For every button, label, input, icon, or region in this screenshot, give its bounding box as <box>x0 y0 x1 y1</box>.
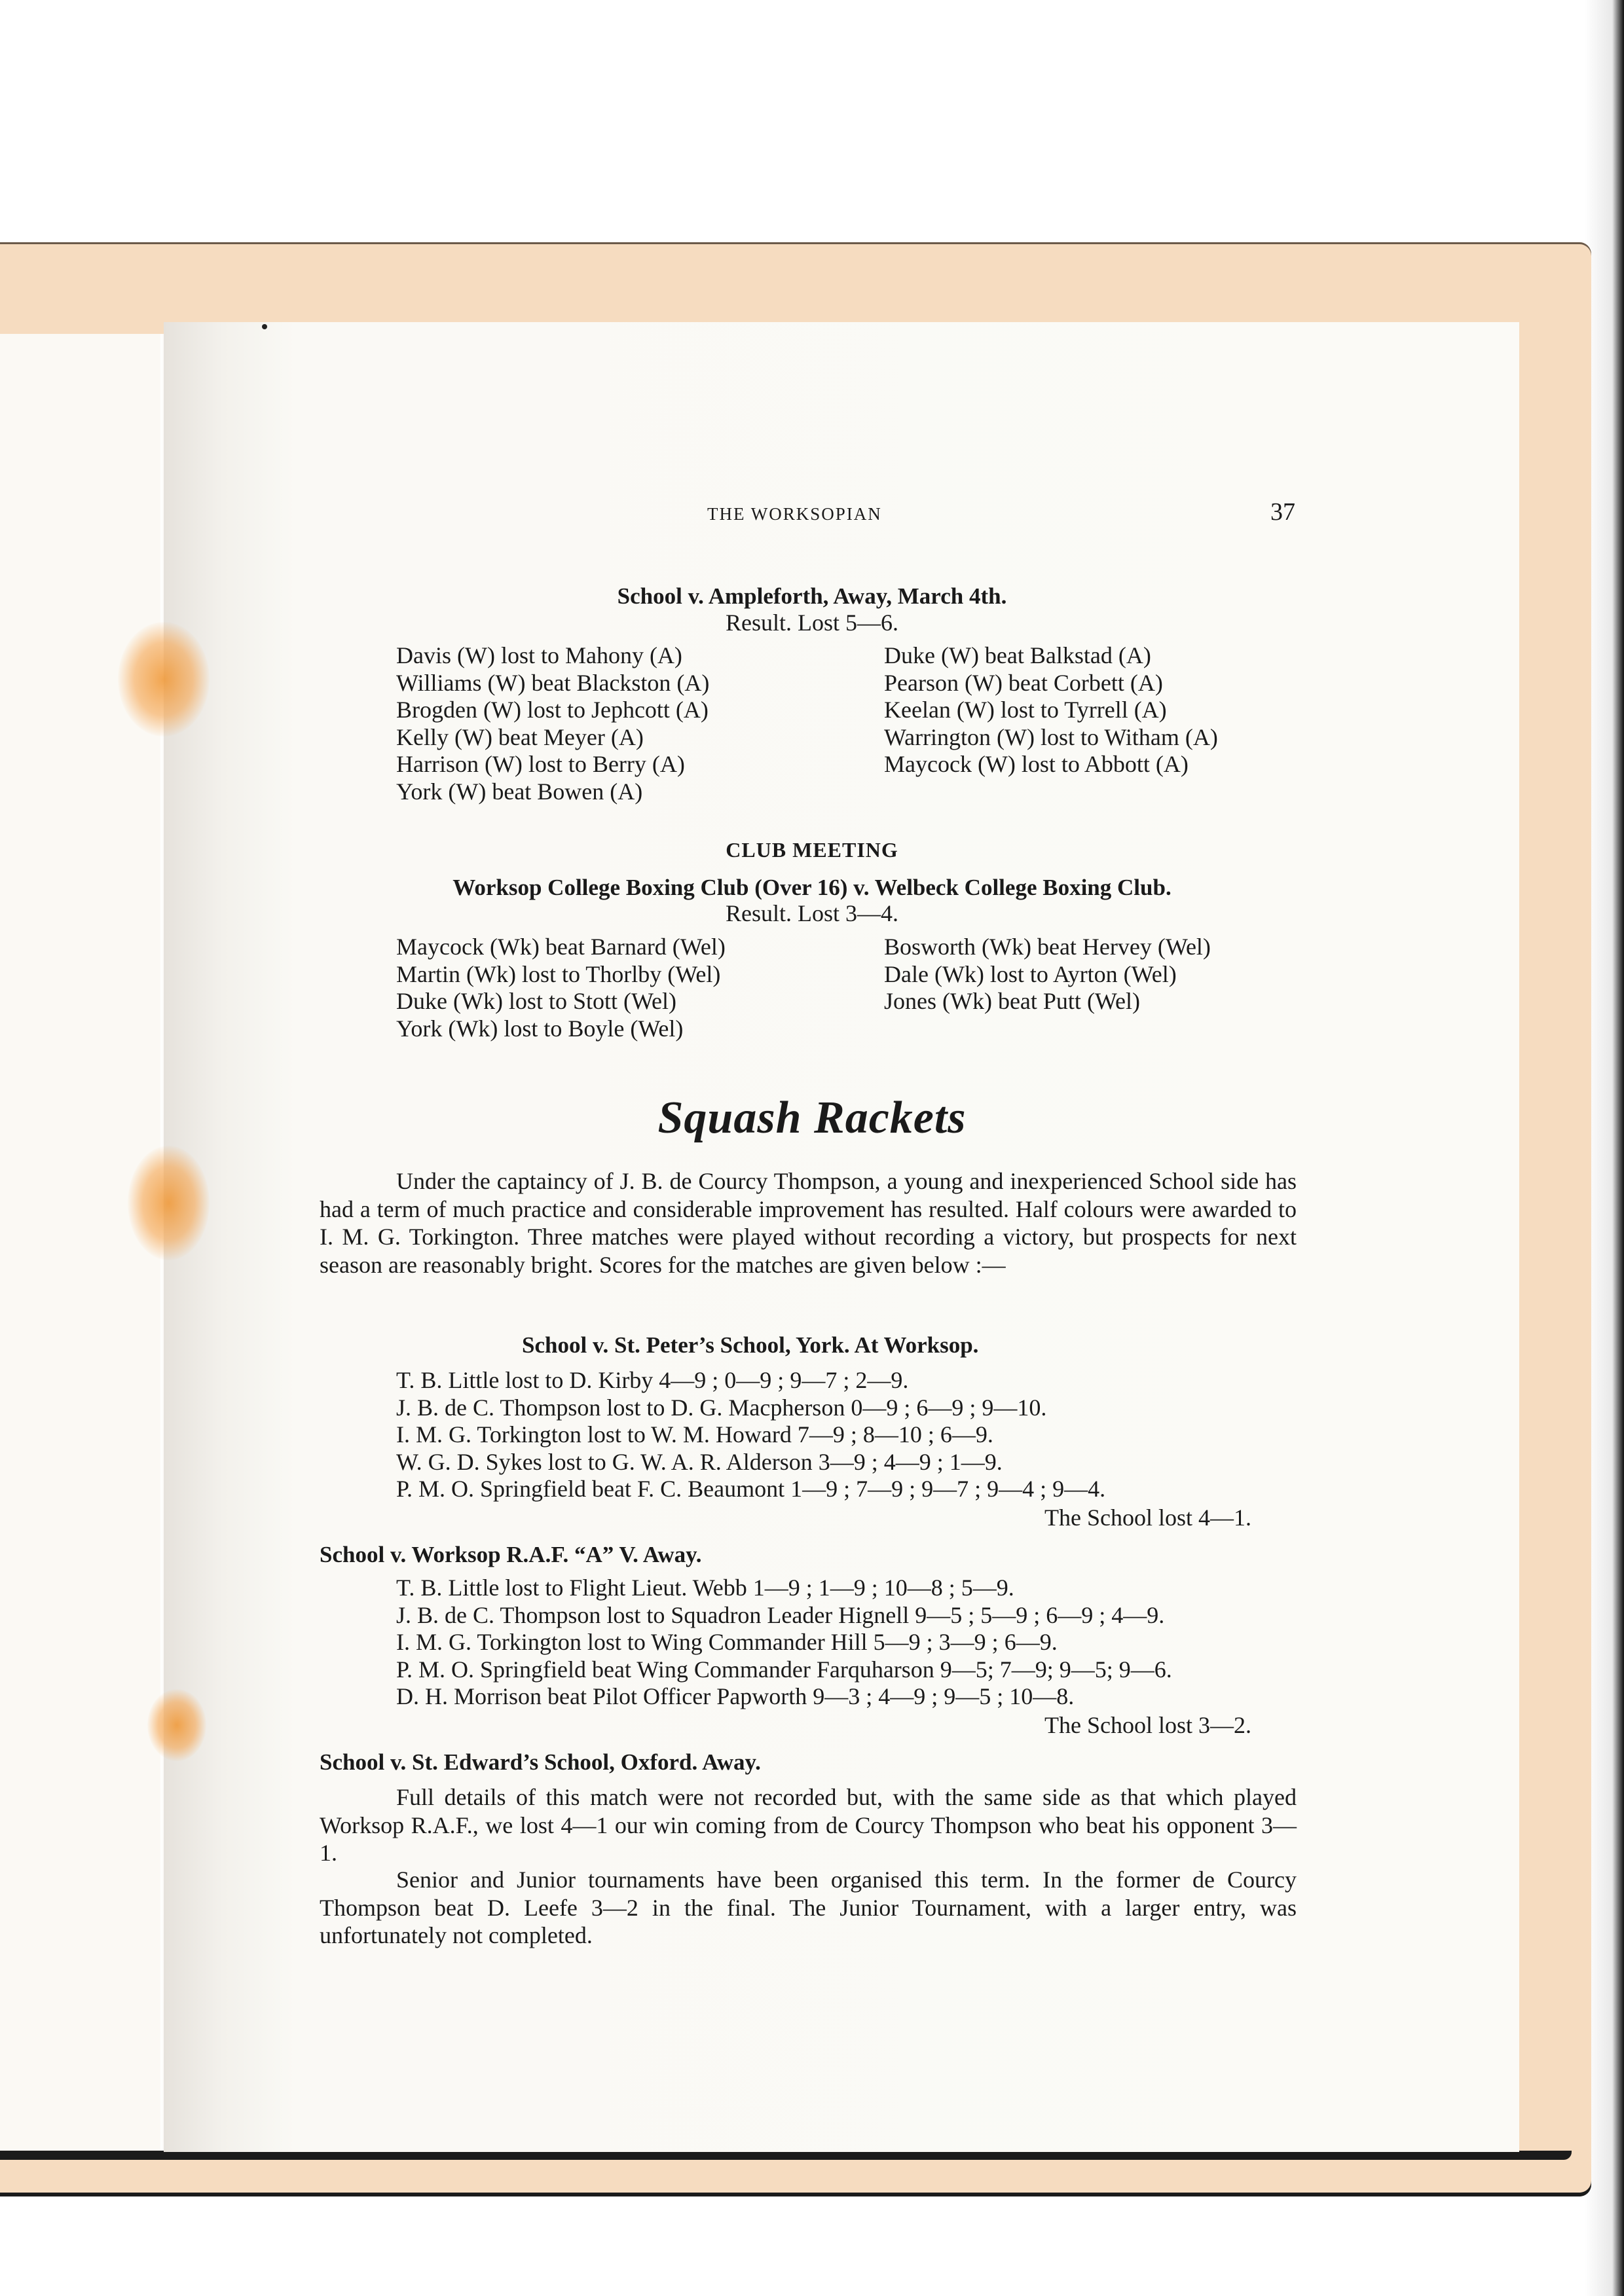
bout-entry: Davis (W) lost to Mahony (A) <box>396 644 682 667</box>
bout-entry: Jones (Wk) beat Putt (Wel) <box>884 989 1140 1013</box>
game-score-line: I. M. G. Torkington lost to W. M. Howard… <box>396 1423 993 1446</box>
bout-entry: Dale (Wk) lost to Ayrton (Wel) <box>884 962 1177 986</box>
squash-intro-paragraph: Under the captaincy of J. B. de Courcy T… <box>320 1167 1297 1279</box>
bout-entry: Duke (Wk) lost to Stott (Wel) <box>396 989 676 1013</box>
bout-entry: Martin (Wk) lost to Thorlby (Wel) <box>396 962 720 986</box>
tournaments-paragraph: Senior and Junior tournaments have been … <box>320 1866 1297 1950</box>
match-title-raf: School v. Worksop R.A.F. “A” V. Away. <box>320 1543 702 1566</box>
bout-entry: Maycock (Wk) beat Barnard (Wel) <box>396 935 726 958</box>
bout-entry: Warrington (W) lost to Witham (A) <box>884 725 1218 749</box>
match-result-welbeck: Result. Lost 3—4. <box>0 902 1624 925</box>
rust-stain-middle <box>128 1146 210 1260</box>
match-result-raf: The School lost 3—2. <box>1044 1713 1251 1737</box>
bout-entry: Keelan (W) lost to Tyrrell (A) <box>884 698 1167 721</box>
game-score-line: T. B. Little lost to Flight Lieut. Webb … <box>396 1576 1014 1599</box>
match-result-ampleforth: Result. Lost 5—6. <box>0 611 1624 634</box>
running-head: THE WORKSOPIAN <box>707 504 882 524</box>
cover-shadow <box>0 2151 1572 2160</box>
bout-entry: York (Wk) lost to Boyle (Wel) <box>396 1017 683 1040</box>
bout-entry: Maycock (W) lost to Abbott (A) <box>884 752 1189 776</box>
bout-entry: Brogden (W) lost to Jephcott (A) <box>396 698 709 721</box>
game-score-line: T. B. Little lost to D. Kirby 4—9 ; 0—9 … <box>396 1368 908 1392</box>
game-score-line: I. M. G. Torkington lost to Wing Command… <box>396 1630 1058 1654</box>
match-title-st-edwards: School v. St. Edward’s School, Oxford. A… <box>320 1751 761 1774</box>
bout-entry: Harrison (W) lost to Berry (A) <box>396 752 685 776</box>
ink-speck <box>262 324 267 329</box>
bout-entry: Kelly (W) beat Meyer (A) <box>396 725 644 749</box>
game-score-line: J. B. de C. Thompson lost to Squadron Le… <box>396 1603 1164 1627</box>
bout-entry: Duke (W) beat Balkstad (A) <box>884 644 1151 667</box>
rust-stain-top <box>118 622 210 737</box>
bout-entry: Williams (W) beat Blackston (A) <box>396 671 709 695</box>
game-score-line: P. M. O. Springfield beat Wing Commander… <box>396 1658 1172 1681</box>
st-edwards-paragraph: Full details of this match were not reco… <box>320 1783 1297 1867</box>
game-score-line: J. B. de C. Thompson lost to D. G. Macph… <box>396 1396 1046 1419</box>
game-score-line: W. G. D. Sykes lost to G. W. A. R. Alder… <box>396 1450 1003 1474</box>
game-score-line: D. H. Morrison beat Pilot Officer Papwor… <box>396 1685 1074 1708</box>
bout-entry: Bosworth (Wk) beat Hervey (Wel) <box>884 935 1211 958</box>
section-heading-squash: Squash Rackets <box>0 1092 1624 1144</box>
bout-entry: York (W) beat Bowen (A) <box>396 780 642 803</box>
match-result-st-peters: The School lost 4—1. <box>1044 1506 1251 1529</box>
match-title-welbeck: Worksop College Boxing Club (Over 16) v.… <box>0 876 1624 899</box>
bout-entry: Pearson (W) beat Corbett (A) <box>884 671 1163 695</box>
match-title-ampleforth: School v. Ampleforth, Away, March 4th. <box>0 585 1624 608</box>
club-meeting-heading: CLUB MEETING <box>0 839 1624 860</box>
page-number: 37 <box>1270 498 1295 526</box>
game-score-line: P. M. O. Springfield beat F. C. Beaumont… <box>396 1477 1105 1501</box>
rust-stain-bottom <box>147 1689 206 1761</box>
match-title-st-peters: School v. St. Peter’s School, York. At W… <box>522 1334 978 1357</box>
